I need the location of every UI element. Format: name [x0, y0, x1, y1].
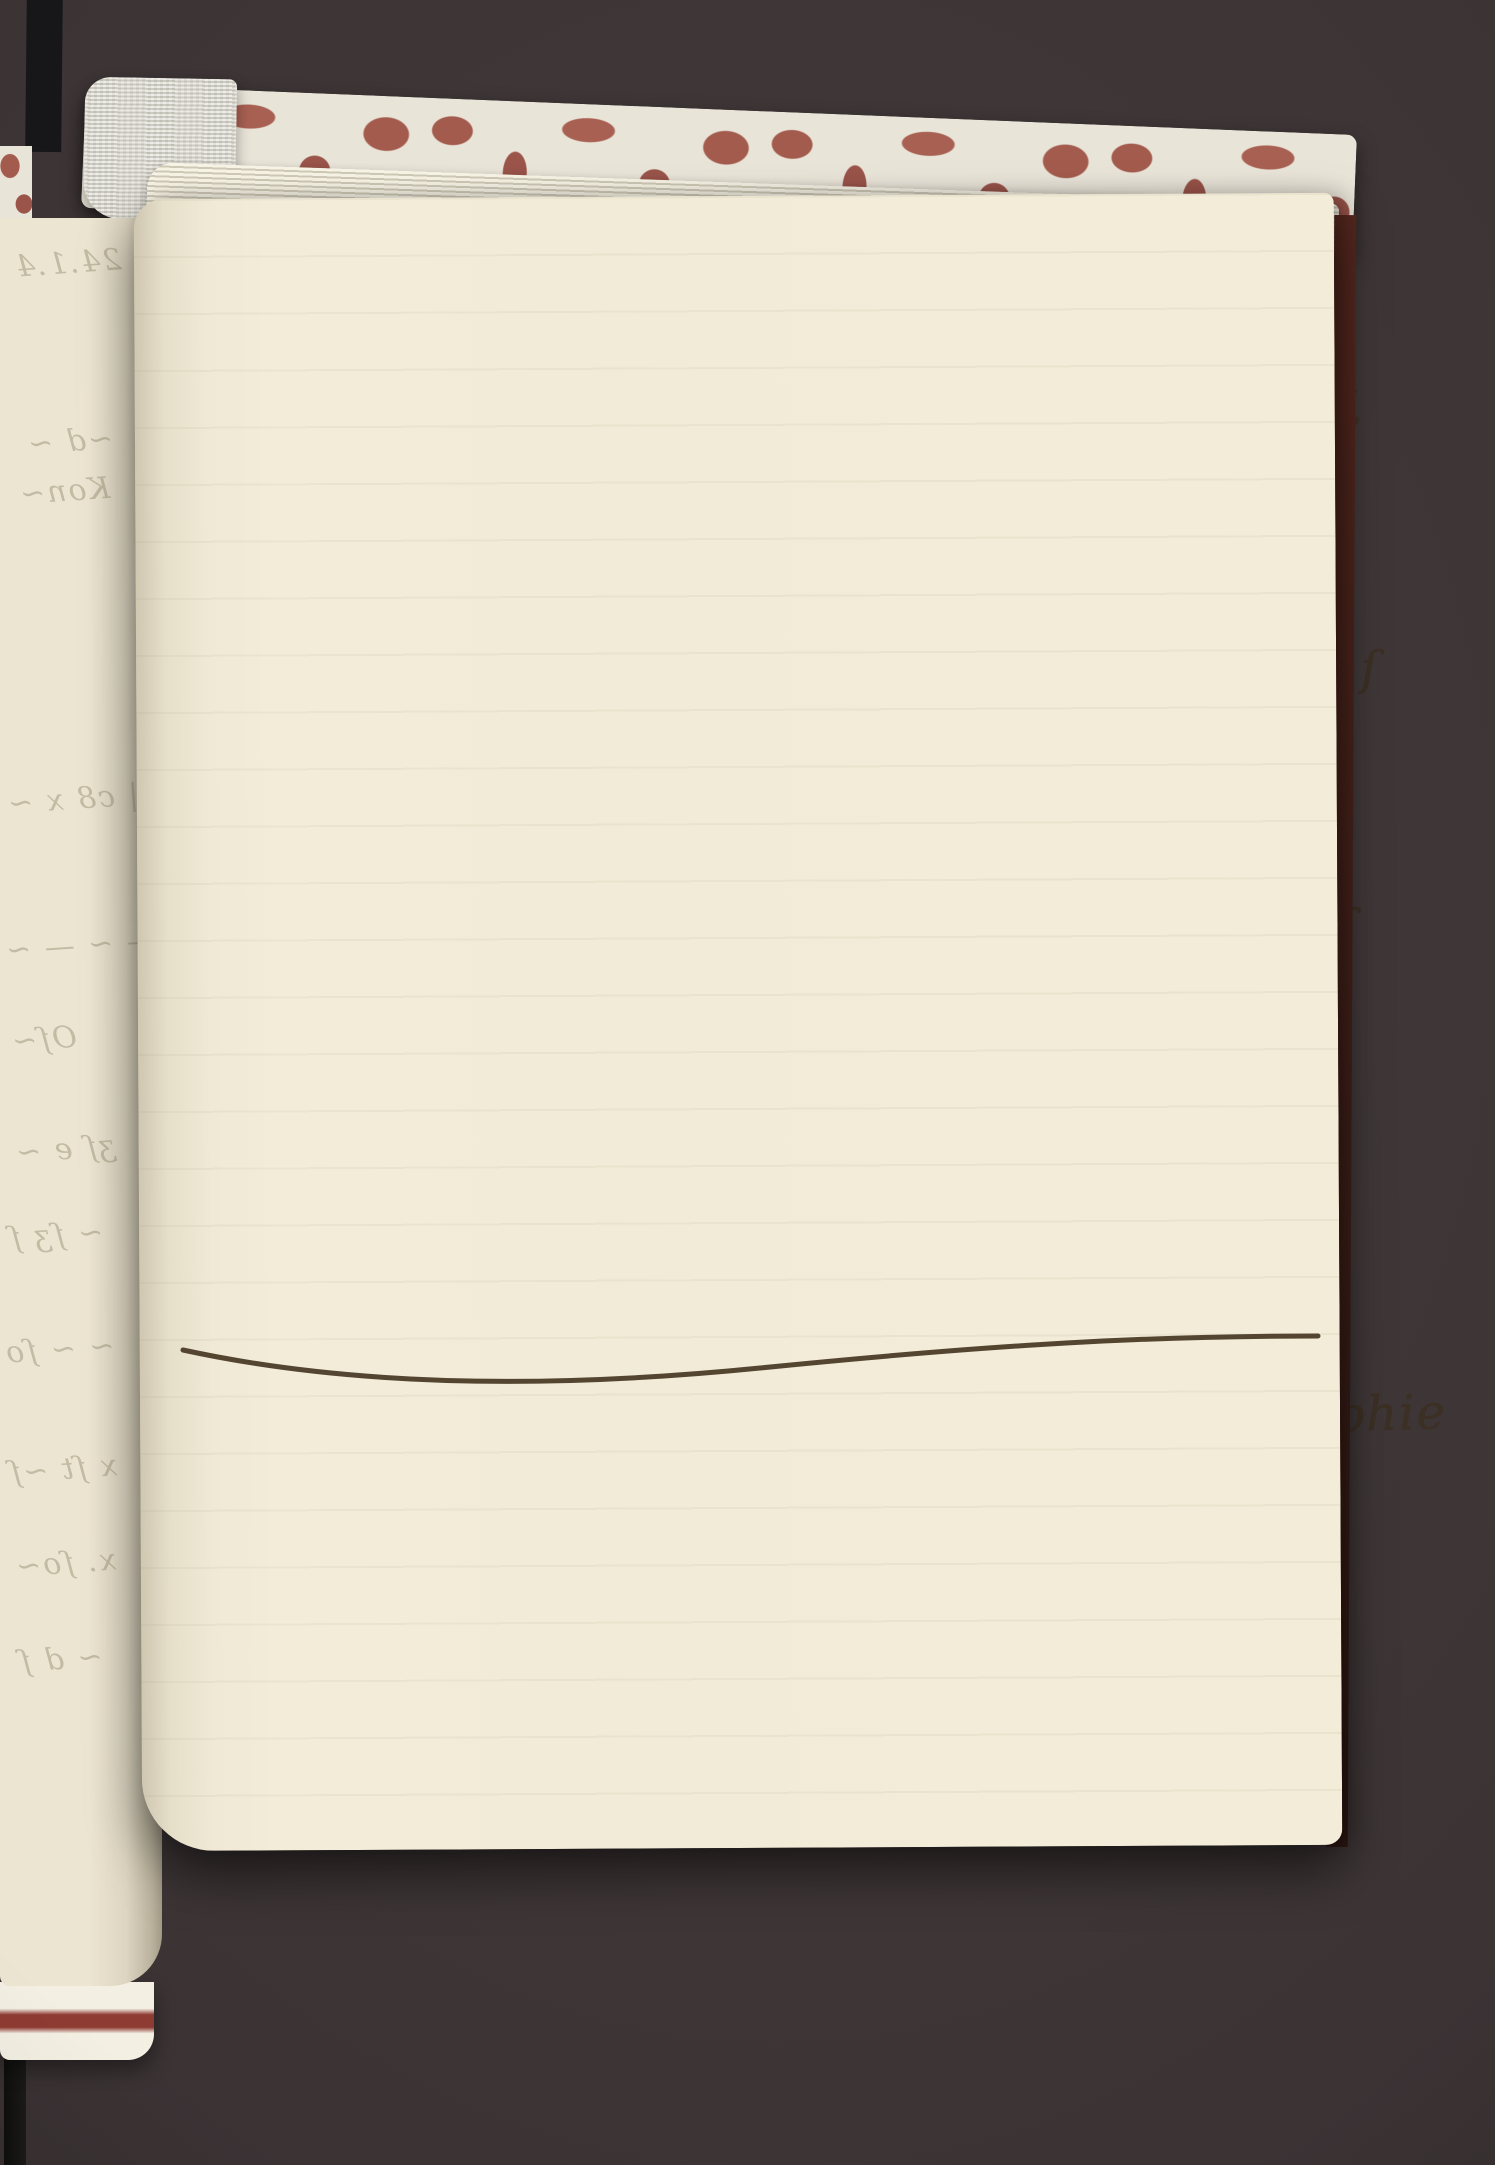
ghost-line: ~ ſʒ ſ: [7, 1215, 105, 1257]
ghost-line: x ſt ~ſ: [7, 1448, 119, 1491]
ghost-line: — ~ — ~: [3, 923, 158, 969]
cover-corner-bottom-left: [0, 1982, 154, 2060]
photo-of-diary: { "colors": { "background": "#3b3334", "…: [0, 0, 1495, 2165]
ghost-line: Kon~: [17, 471, 111, 512]
patterned-cover-fragment: [0, 146, 32, 222]
ghost-line: ʒſ e ~: [13, 1128, 117, 1170]
diary-page: [134, 193, 1343, 1851]
ghost-line: Oſ~: [9, 1020, 78, 1060]
ghost-line: 24.1.4: [13, 242, 123, 284]
ghost-line: ~ ~ ſo: [3, 1328, 116, 1371]
black-ribbon: [25, 0, 63, 152]
ghost-line: ~d ~: [25, 421, 114, 462]
ghost-line: x. ſo~: [13, 1542, 117, 1584]
ghost-line: | c8 x ~: [5, 777, 140, 821]
ghost-line: ~ d ſ: [17, 1639, 104, 1680]
